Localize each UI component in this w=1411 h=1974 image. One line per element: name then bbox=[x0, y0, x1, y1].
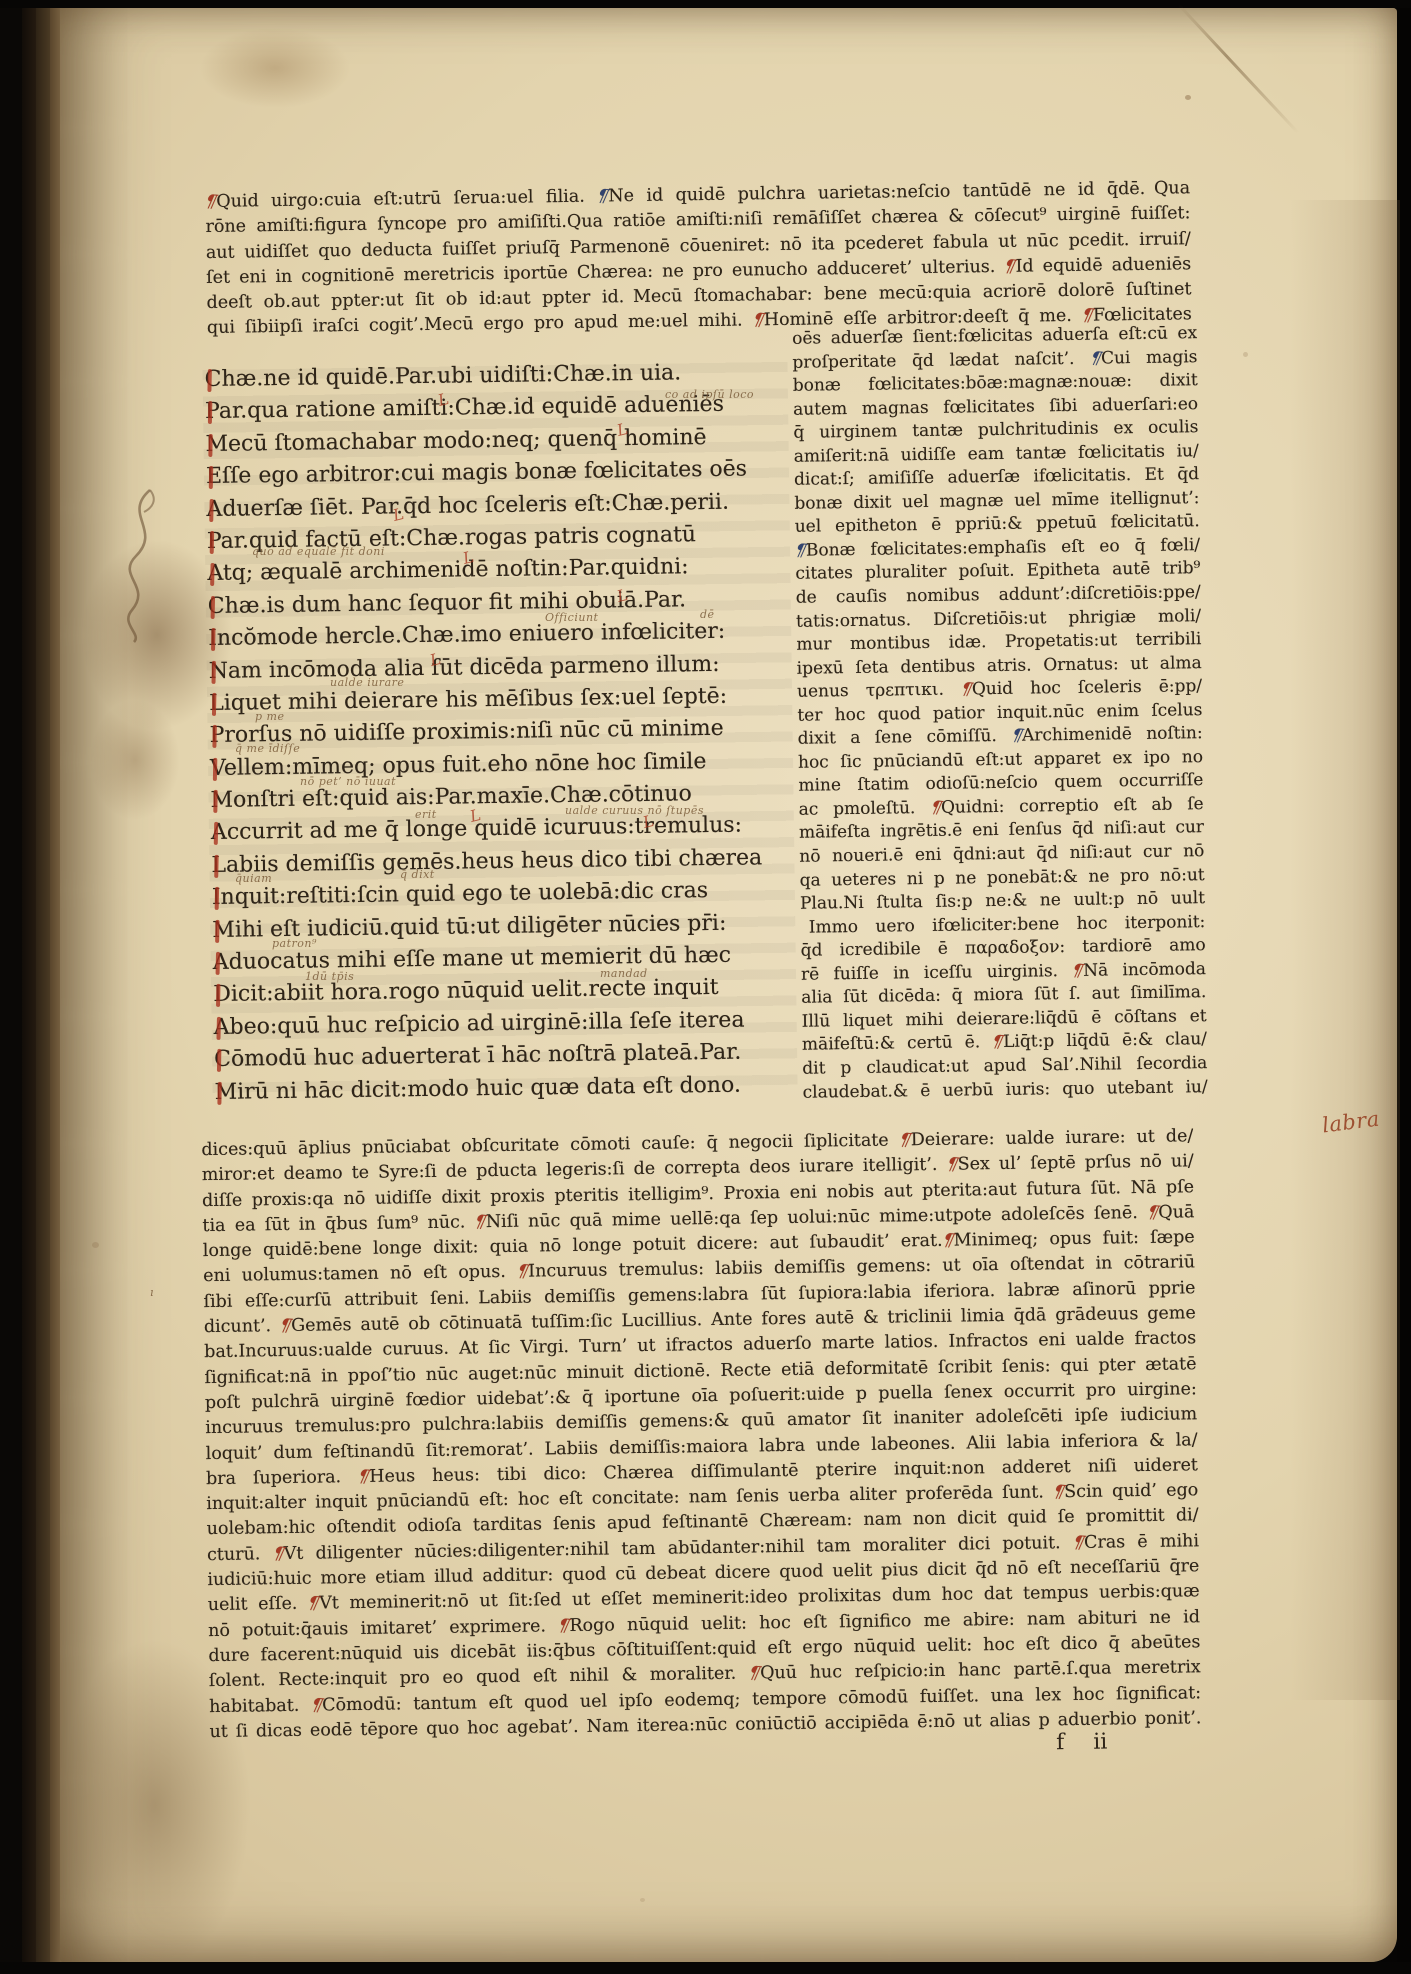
background-bottom bbox=[0, 1962, 1411, 1974]
paragraph-mark-red: ¶ bbox=[940, 1229, 957, 1255]
handwritten-gloss: co ad ipſū loco bbox=[665, 388, 754, 401]
handwritten-gloss: ı bbox=[150, 1286, 154, 1299]
paragraph-mark-red: ¶ bbox=[750, 308, 767, 334]
paragraph-mark-red: ¶ bbox=[305, 1592, 322, 1618]
handwritten-gloss: 1dū tp̄is bbox=[305, 970, 354, 983]
printed-text-area: ¶Quid uirgo:cuia eſt:utrū ſerua:uel fili… bbox=[0, 0, 1411, 1974]
paragraph-mark-blue: ¶ bbox=[1009, 725, 1025, 749]
right-commentary-column: oēs aduerſæ ſient:fœlicitas aduerſa eſt:… bbox=[792, 322, 1208, 1105]
paragraph-mark-blue: ¶ bbox=[795, 539, 809, 563]
paragraph-mark-red: ¶ bbox=[277, 1314, 294, 1340]
handwritten-gloss: patron⁹ bbox=[272, 937, 317, 950]
paragraph-mark-red: ¶ bbox=[270, 1542, 287, 1568]
text-line: Mirū ni hāc dicit:modo huic quæ data eſt… bbox=[212, 1068, 797, 1109]
handwritten-gloss: p me bbox=[255, 710, 284, 723]
handwritten-gloss: quo ad equalē fit doni bbox=[252, 545, 385, 558]
verse-text-column: Chæ.ne id quidē.Par.ubi uidiſti:Chæ.in u… bbox=[202, 356, 797, 1109]
paragraph-mark-red: ¶ bbox=[1001, 254, 1018, 280]
paragraph-mark-red: ¶ bbox=[472, 1210, 489, 1236]
paragraph-mark-red: ¶ bbox=[944, 1153, 961, 1179]
handwritten-gloss: ualde iurare bbox=[330, 676, 404, 689]
paragraph-mark-red: ¶ bbox=[308, 1693, 325, 1719]
paragraph-mark-red: ¶ bbox=[897, 1128, 914, 1154]
paragraph-mark-red: ¶ bbox=[355, 1464, 372, 1490]
paragraph-mark-red: ¶ bbox=[1070, 1530, 1087, 1556]
handwritten-gloss: q̄ me īdiſſe bbox=[235, 742, 300, 755]
paragraph-mark-red: ¶ bbox=[990, 1031, 1006, 1055]
paragraph-mark-red: ¶ bbox=[1144, 1200, 1161, 1226]
paragraph-mark-blue: ¶ bbox=[594, 184, 611, 210]
text-line: claudebat.& ē uerbū iuris: quo utebant i… bbox=[803, 1076, 1208, 1105]
handwritten-gloss: q̄uiam bbox=[235, 872, 272, 885]
handwritten-gloss: q̄ dixt bbox=[400, 868, 435, 881]
handwritten-gloss: nō pet’ nō iuuat bbox=[300, 775, 396, 788]
paragraph-mark-red: ¶ bbox=[1070, 959, 1086, 983]
handwritten-gloss: Officiunt bbox=[545, 611, 598, 624]
paragraph-mark-red: ¶ bbox=[555, 1613, 572, 1639]
paragraph-mark-red: ¶ bbox=[958, 678, 974, 702]
handwritten-gloss: dē bbox=[700, 608, 715, 621]
quire-signature: f ii bbox=[952, 1728, 1212, 1757]
paragraph-mark-red: ¶ bbox=[928, 797, 944, 821]
paragraph-mark-red: ¶ bbox=[205, 190, 219, 216]
paragraph-mark-blue: ¶ bbox=[1088, 347, 1104, 371]
top-commentary-block: ¶Quid uirgo:cuia eſt:utrū ſerua:uel fili… bbox=[205, 176, 1192, 342]
handwritten-gloss: mandad bbox=[600, 967, 648, 980]
book-photograph: ¶Quid uirgo:cuia eſt:utrū ſerua:uel fili… bbox=[0, 0, 1411, 1974]
paragraph-mark-red: ¶ bbox=[1050, 1480, 1067, 1506]
bottom-commentary-block: dices:quū āplius pnūciabat obſcuritate c… bbox=[201, 1124, 1201, 1745]
handwritten-gloss: ualde curuus nō ſtupēs bbox=[565, 804, 704, 817]
handwritten-gloss: erit bbox=[415, 808, 437, 821]
paragraph-mark-red: ¶ bbox=[746, 1661, 763, 1687]
paragraph-mark-red: ¶ bbox=[514, 1260, 531, 1286]
